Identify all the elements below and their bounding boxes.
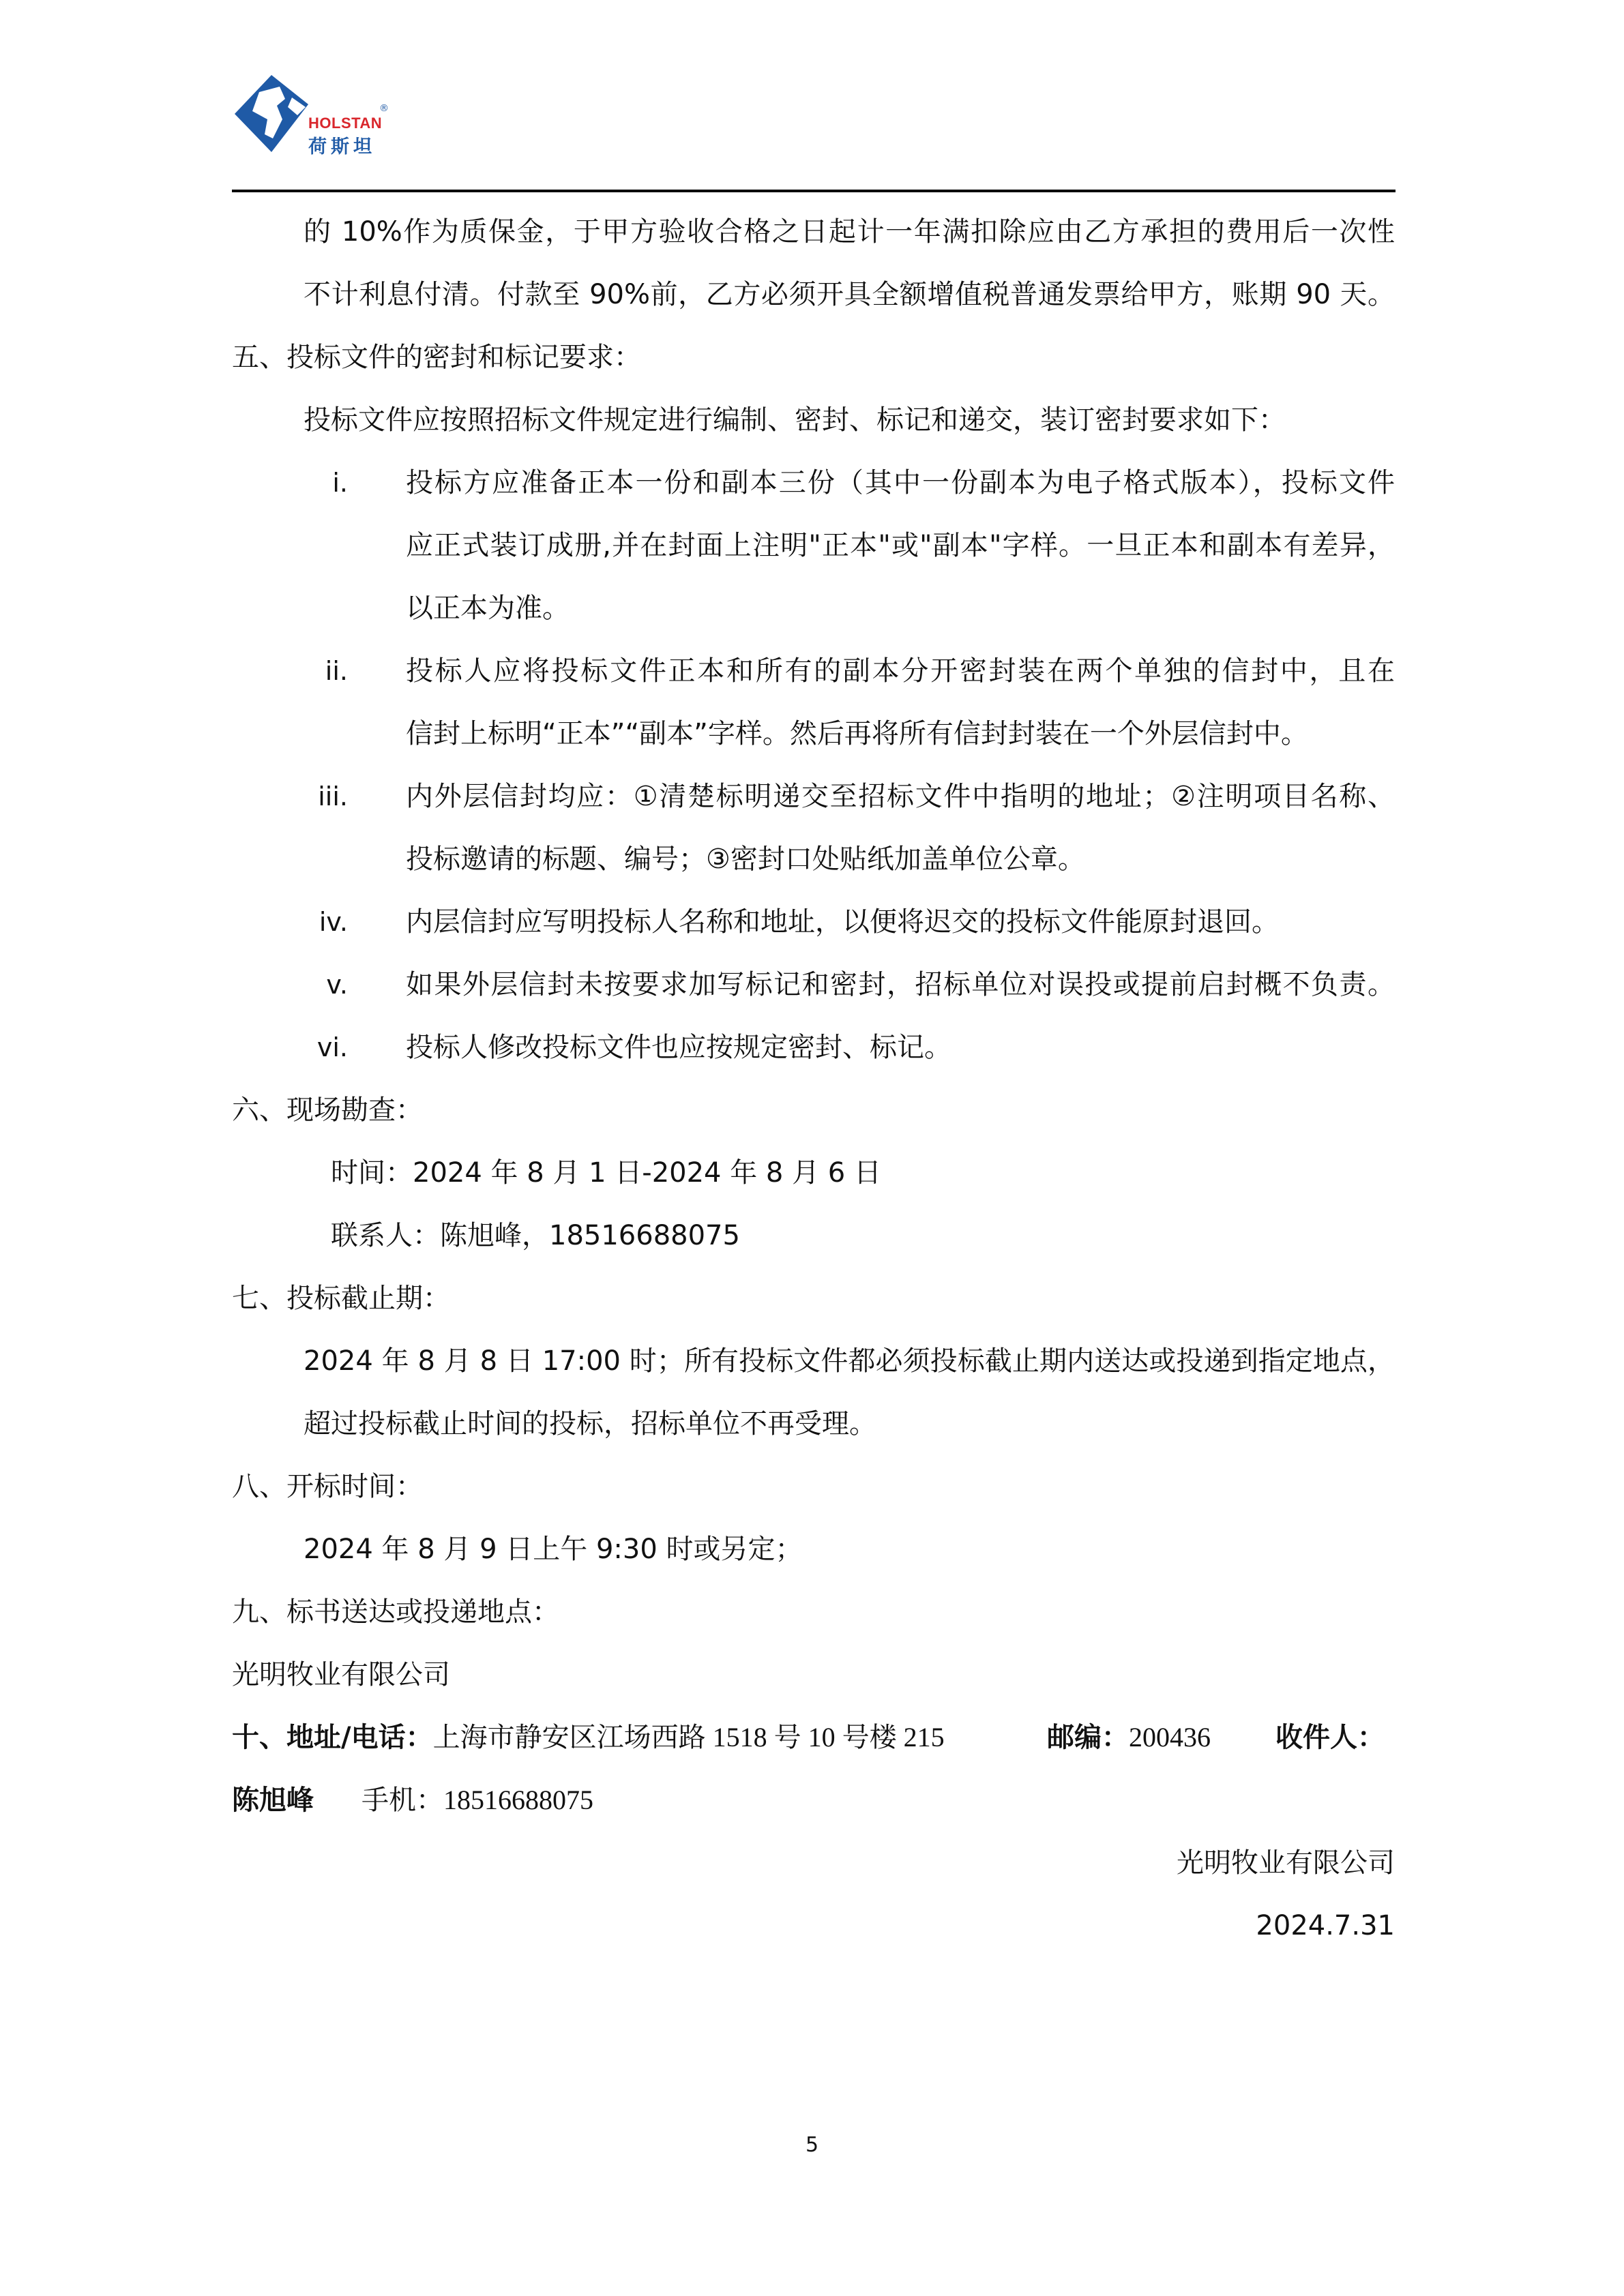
holstan-logo: ® HOLSTAN 荷斯坦 bbox=[232, 72, 396, 160]
list-item-text: 内外层信封均应：①清楚标明递交至招标文件中指明的地址；②注明项目名称、 bbox=[406, 780, 1395, 813]
list-numeral: iv. bbox=[293, 906, 348, 938]
list-numeral: v. bbox=[293, 968, 348, 1001]
deadline-text: 2024 年 8 月 8 日 17:00 时；所有投标文件都必须投标截止期内送达… bbox=[304, 1345, 1395, 1377]
site-visit-contact: 联系人：陈旭峰，18516688075 bbox=[331, 1219, 740, 1252]
address-value: 上海市静安区江场西路 1518 号 10 号楼 215 bbox=[433, 1722, 945, 1753]
bid-opening-time: 2024 年 8 月 9 日上午 9:30 时或另定； bbox=[304, 1533, 803, 1566]
delivery-company: 光明牧业有限公司 bbox=[232, 1658, 450, 1691]
logo-brand-en: HOLSTAN bbox=[308, 115, 382, 132]
signature-date: 2024.7.31 bbox=[955, 1909, 1395, 1942]
list-item-text: 投标人应将投标文件正本和所有的副本分开密封装在两个单独的信封中，且在 bbox=[406, 655, 1395, 687]
list-item-text: 投标邀请的标题、编号；③密封口处贴纸加盖单位公章。 bbox=[406, 843, 1085, 876]
section-heading-7: 七、投标截止期： bbox=[232, 1282, 450, 1315]
list-item-text: 如果外层信封未按要求加写标记和密封，招标单位对误投或提前启封概不负责。 bbox=[406, 968, 1395, 1001]
list-numeral: i. bbox=[293, 466, 348, 499]
mobile-value: 18516688075 bbox=[443, 1785, 593, 1815]
list-item-text: 投标人修改投标文件也应按规定密封、标记。 bbox=[406, 1031, 951, 1064]
section-heading-9: 九、标书送达或投递地点： bbox=[232, 1596, 559, 1628]
list-numeral: ii. bbox=[293, 655, 348, 687]
section-heading-5: 五、投标文件的密封和标记要求： bbox=[232, 341, 641, 374]
postcode-label: 邮编： bbox=[1047, 1722, 1129, 1753]
recipient-name: 陈旭峰 bbox=[232, 1784, 314, 1817]
deadline-text: 超过投标截止时间的投标，招标单位不再受理。 bbox=[304, 1407, 876, 1440]
section-heading-8: 八、开标时间： bbox=[232, 1470, 423, 1503]
list-numeral: iii. bbox=[293, 780, 348, 813]
postcode-row: 邮编：200436 bbox=[1047, 1721, 1211, 1754]
header-divider bbox=[232, 190, 1396, 192]
recipient-label: 收件人： bbox=[1275, 1721, 1385, 1754]
list-item-text: 应正式装订成册,并在封面上注明"正本"或"副本"字样。一旦正本和副本有差异， bbox=[406, 529, 1395, 562]
list-item-text: 信封上标明“正本”“副本”字样。然后再将所有信封封装在一个外层信封中。 bbox=[406, 717, 1308, 750]
list-item-text: 内层信封应写明投标人名称和地址，以便将迟交的投标文件能原封退回。 bbox=[406, 906, 1279, 938]
page-number: 5 bbox=[0, 2133, 1624, 2157]
address-label: 十、地址/电话： bbox=[232, 1722, 433, 1753]
section-heading-6: 六、现场勘查： bbox=[232, 1094, 423, 1127]
mobile-row: 手机：18516688075 bbox=[361, 1784, 593, 1817]
list-item-text: 以正本为准。 bbox=[406, 592, 570, 625]
logo-brand-cn: 荷斯坦 bbox=[308, 132, 376, 158]
paragraph-line: 不计利息付清。付款至 90%前，乙方必须开具全额增值税普通发票给甲方，账期 90… bbox=[304, 278, 1395, 311]
paragraph-line: 的 10%作为质保金，于甲方验收合格之日起计一年满扣除应由乙方承担的费用后一次性 bbox=[304, 215, 1395, 248]
list-item-text: 投标方应准备正本一份和副本三份（其中一份副本为电子格式版本），投标文件 bbox=[406, 466, 1395, 499]
list-numeral: vi. bbox=[293, 1031, 348, 1064]
postcode-value: 200436 bbox=[1129, 1722, 1211, 1753]
address-row: 十、地址/电话：上海市静安区江场西路 1518 号 10 号楼 215 bbox=[232, 1721, 945, 1754]
section-5-intro: 投标文件应按照招标文件规定进行编制、密封、标记和递交，装订密封要求如下： bbox=[304, 404, 1286, 436]
registered-mark: ® bbox=[379, 103, 389, 114]
signature-company: 光明牧业有限公司 bbox=[955, 1847, 1395, 1879]
site-visit-time: 时间：2024 年 8 月 1 日-2024 年 8 月 6 日 bbox=[331, 1157, 881, 1189]
document-page: ® HOLSTAN 荷斯坦 的 10%作为质保金，于甲方验收合格之日起计一年满扣… bbox=[0, 0, 1624, 2296]
mobile-label: 手机： bbox=[361, 1785, 443, 1816]
